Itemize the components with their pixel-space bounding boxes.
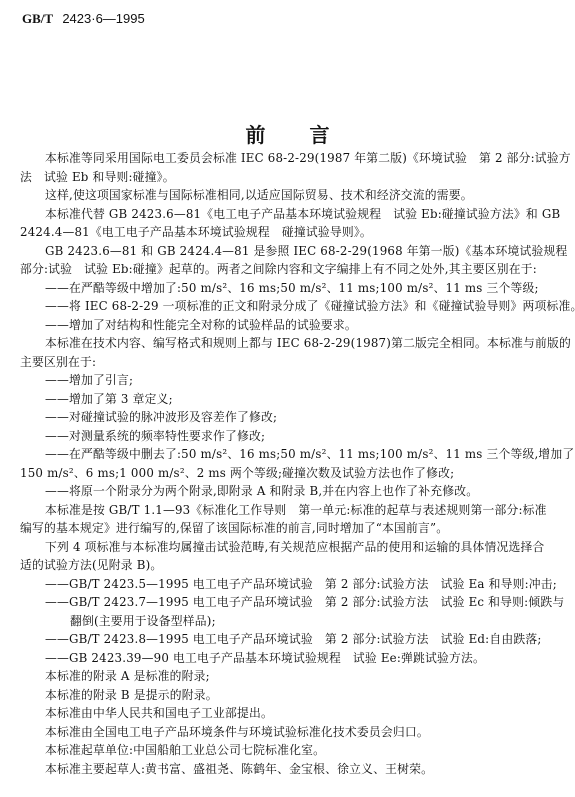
text-line: 本标准的附录 A 是标准的附录; [45, 667, 210, 684]
text-line: ——在严酷等级中删去了:50 m/s²、16 ms;50 m/s²、11 ms;… [45, 445, 575, 462]
text-line: 主要区别在于: [20, 353, 96, 370]
text-line: 本标准起草单位:中国船舶工业总公司七院标准化室。 [45, 741, 325, 758]
text-line: ——将原一个附录分为两个附录,即附录 A 和附录 B,并在内容上也作了补充修改。 [45, 482, 478, 499]
document-header: GB/T 2423·6—1995 [22, 11, 145, 27]
text-line: ——增加了对结构和性能完全对称的试验样品的试验要求。 [45, 316, 357, 333]
text-line: 本标准等同采用国际电工委员会标准 IEC 68-2-29(1987 年第二版)《… [45, 149, 571, 166]
text-line: 下列 4 项标准与本标准均属撞击试验范畴,有关规范应根据产品的使用和运输的具体情… [45, 538, 544, 555]
page-title: 前言 [0, 119, 575, 148]
standard-code: GB/T [22, 11, 53, 26]
text-line: 本标准的附录 B 是提示的附录。 [45, 686, 218, 703]
text-line: 本标准由中华人民共和国电子工业部提出。 [45, 704, 273, 721]
text-line: ——增加了第 3 章定义; [45, 390, 173, 407]
text-line: 本标准由全国电工电子产品环境条件与环境试验标准化技术委员会归口。 [45, 723, 429, 740]
standard-number: 2423·6—1995 [62, 11, 144, 26]
text-line: 适的试验方法(见附录 B)。 [20, 556, 162, 573]
text-line: ——将 IEC 68-2-29 一项标准的正文和附录分成了《碰撞试验方法》和《碰… [45, 297, 575, 314]
text-line: ——在严酷等级中增加了:50 m/s²、16 ms;50 m/s²、11 ms;… [45, 279, 539, 296]
text-line: ——GB/T 2423.7—1995 电工电子产品环境试验 第 2 部分:试验方… [45, 593, 564, 610]
text-line: 2424.4—81《电工电子产品基本环境试验规程 碰撞试验导则》。 [20, 223, 372, 240]
text-line: 编写的基本规定》进行编写的,保留了该国际标准的前言,同时增加了“本国前言”。 [20, 519, 448, 536]
text-line: ——增加了引言; [45, 371, 133, 388]
text-line: 150 m/s²、6 ms;1 000 m/s²、2 ms 两个等级;碰撞次数及… [20, 464, 454, 481]
text-line: 本标准代替 GB 2423.6—81《电工电子产品基本环境试验规程 试验 Eb:… [45, 205, 560, 222]
text-line: 部分:试验 试验 Eb:碰撞》起草的。两者之间除内容和文字编排上有不同之处外,其… [20, 260, 537, 277]
text-line: 这样,使这项国家标准与国际标准相同,以适应国际贸易、技术和经济交流的需要。 [45, 186, 473, 203]
text-line: GB 2423.6—81 和 GB 2424.4—81 是参照 IEC 68-2… [45, 242, 575, 259]
text-line: 法 试验 Eb 和导则:碰撞》。 [20, 168, 175, 185]
text-line: ——GB/T 2423.8—1995 电工电子产品环境试验 第 2 部分:试验方… [45, 630, 542, 647]
text-line: ——GB 2423.39—90 电工电子产品基本环境试验规程 试验 Ee:弹跳试… [45, 649, 485, 666]
text-line: 翻倒(主要用于设备型样品); [70, 612, 216, 629]
text-line: 本标准是按 GB/T 1.1—93《标准化工作导则 第一单元:标准的起草与表述规… [45, 501, 547, 518]
text-line: ——对测量系统的频率特性要求作了修改; [45, 427, 265, 444]
text-line: ——GB/T 2423.5—1995 电工电子产品环境试验 第 2 部分:试验方… [45, 575, 557, 592]
text-line: 本标准在技术内容、编写格式和规则上都与 IEC 68-2-29(1987)第二版… [45, 334, 571, 351]
text-line: ——对碰撞试验的脉冲波形及容差作了修改; [45, 408, 277, 425]
text-line: 本标准主要起草人:黄书富、盛祖尧、陈鹤年、金宝根、徐立义、王树荣。 [45, 760, 433, 777]
